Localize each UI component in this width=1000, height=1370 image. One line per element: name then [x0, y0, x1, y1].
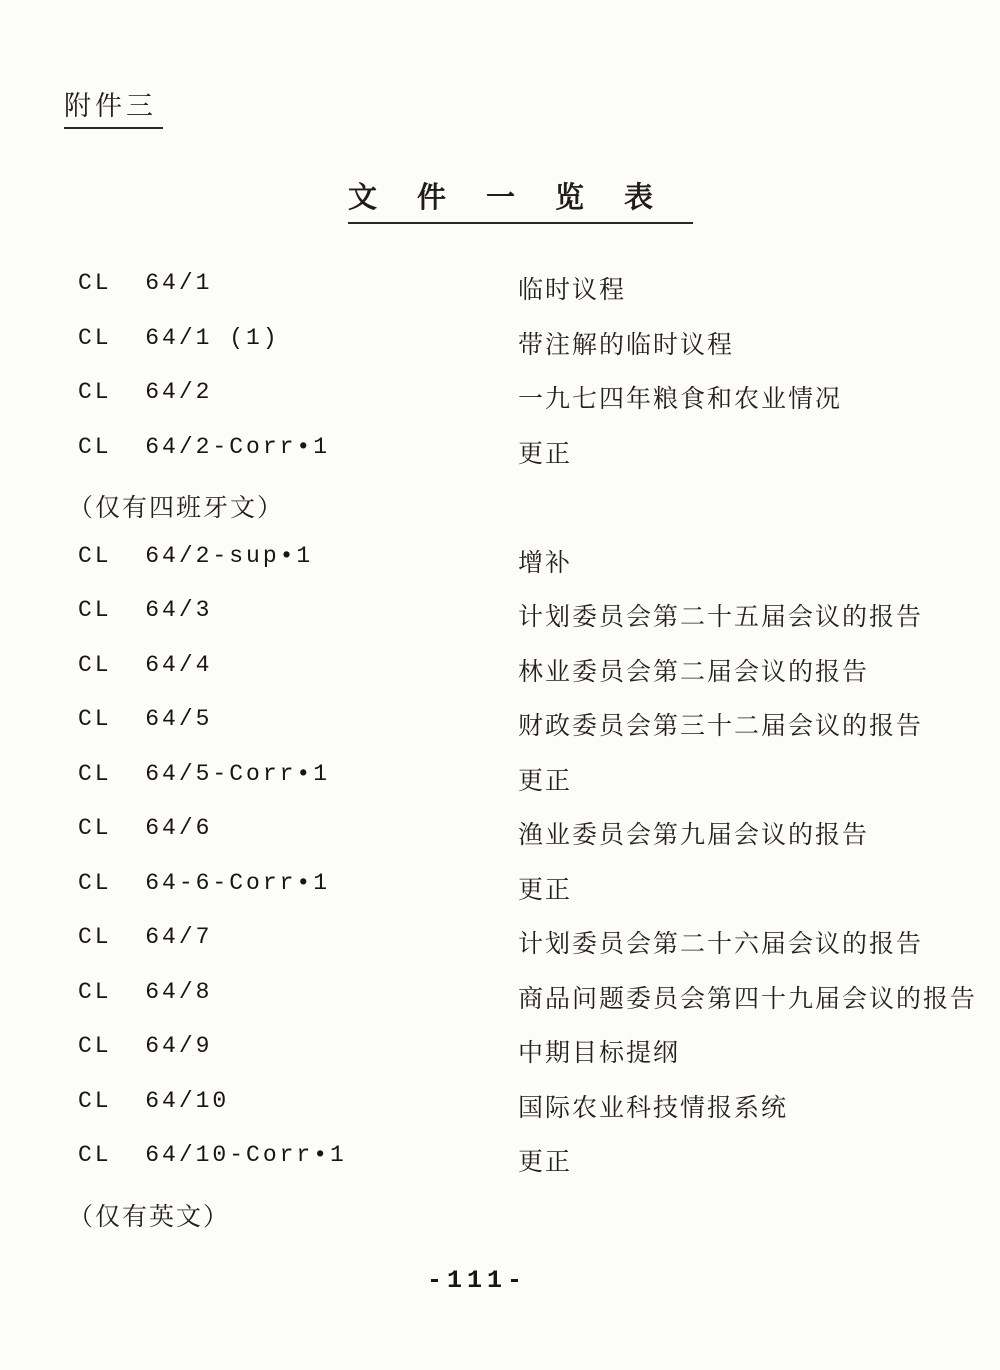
document-row: CL 64/8 商品问题委员会第四十九届会议的报告 [0, 979, 1000, 1034]
document-code: CL 64/5-Corr•1 [78, 761, 518, 787]
document-row: CL 64/1 (1) 带注解的临时议程 [0, 325, 1000, 380]
document-row: CL 64/2-sup•1 增补 [0, 543, 1000, 598]
document-code: CL 64/2-sup•1 [78, 543, 518, 569]
document-title: 更正 [518, 1142, 572, 1178]
document-title: 渔业委员会第九届会议的报告 [518, 815, 869, 851]
page-title: 文件一览表 [348, 175, 693, 224]
document-code: CL 64/10 [78, 1088, 518, 1114]
language-note-row: （仅有四班牙文） [0, 488, 1000, 543]
language-note: （仅有四班牙文） [68, 488, 284, 524]
document-row: CL 64/5-Corr•1 更正 [0, 761, 1000, 816]
language-note: （仅有英文） [68, 1197, 230, 1233]
page-title-wrap: 文件一览表 [348, 175, 1000, 224]
document-code: CL 64/2 [78, 379, 518, 405]
document-row: CL 64-6-Corr•1 更正 [0, 870, 1000, 925]
document-row: CL 64/3 计划委员会第二十五届会议的报告 [0, 597, 1000, 652]
document-code: CL 64/3 [78, 597, 518, 623]
document-title: 更正 [518, 761, 572, 797]
document-title: 临时议程 [518, 270, 626, 306]
document-row: CL 64/10-Corr•1 更正 [0, 1142, 1000, 1197]
document-title: 更正 [518, 434, 572, 470]
language-note-row: （仅有英文） [0, 1197, 1000, 1252]
document-row: CL 64/2-Corr•1 更正 [0, 434, 1000, 489]
document-title: 增补 [518, 543, 572, 579]
page-number: -111- [0, 1266, 954, 1295]
document-code: CL 64/2-Corr•1 [78, 434, 518, 460]
document-title: 财政委员会第三十二届会议的报告 [518, 706, 923, 742]
annex-label: 附件三 [64, 84, 163, 129]
document-title: 中期目标提纲 [518, 1033, 680, 1069]
document-title: 计划委员会第二十五届会议的报告 [518, 597, 923, 633]
document-row: CL 64/10 国际农业科技情报系统 [0, 1088, 1000, 1143]
document-code: CL 64/5 [78, 706, 518, 732]
document-title: 带注解的临时议程 [518, 325, 734, 361]
document-row: CL 64/7 计划委员会第二十六届会议的报告 [0, 924, 1000, 979]
document-code: CL 64/4 [78, 652, 518, 678]
document-title: 计划委员会第二十六届会议的报告 [518, 924, 923, 960]
document-title: 更正 [518, 870, 572, 906]
document-code: CL 64/1 (1) [78, 325, 518, 351]
document-code: CL 64/6 [78, 815, 518, 841]
document-code: CL 64-6-Corr•1 [78, 870, 518, 896]
document-row: CL 64/4 林业委员会第二届会议的报告 [0, 652, 1000, 707]
document-code: CL 64/1 [78, 270, 518, 296]
document-list: CL 64/1 临时议程 CL 64/1 (1) 带注解的临时议程 CL 64/… [0, 270, 1000, 1251]
document-code: CL 64/8 [78, 979, 518, 1005]
document-row: CL 64/1 临时议程 [0, 270, 1000, 325]
document-row: CL 64/2 一九七四年粮食和农业情况 [0, 379, 1000, 434]
document-code: CL 64/7 [78, 924, 518, 950]
document-row: CL 64/5 财政委员会第三十二届会议的报告 [0, 706, 1000, 761]
scanned-document-page: 附件三 文件一览表 CL 64/1 临时议程 CL 64/1 (1) 带注解的临… [0, 0, 1000, 1370]
document-code: CL 64/10-Corr•1 [78, 1142, 518, 1168]
document-code: CL 64/9 [78, 1033, 518, 1059]
document-title: 国际农业科技情报系统 [518, 1088, 788, 1124]
annex-label-wrap: 附件三 [0, 0, 1000, 129]
document-row: CL 64/6 渔业委员会第九届会议的报告 [0, 815, 1000, 870]
document-title: 林业委员会第二届会议的报告 [518, 652, 869, 688]
document-title: 商品问题委员会第四十九届会议的报告 [518, 979, 977, 1015]
document-title: 一九七四年粮食和农业情况 [518, 379, 842, 415]
document-row: CL 64/9 中期目标提纲 [0, 1033, 1000, 1088]
